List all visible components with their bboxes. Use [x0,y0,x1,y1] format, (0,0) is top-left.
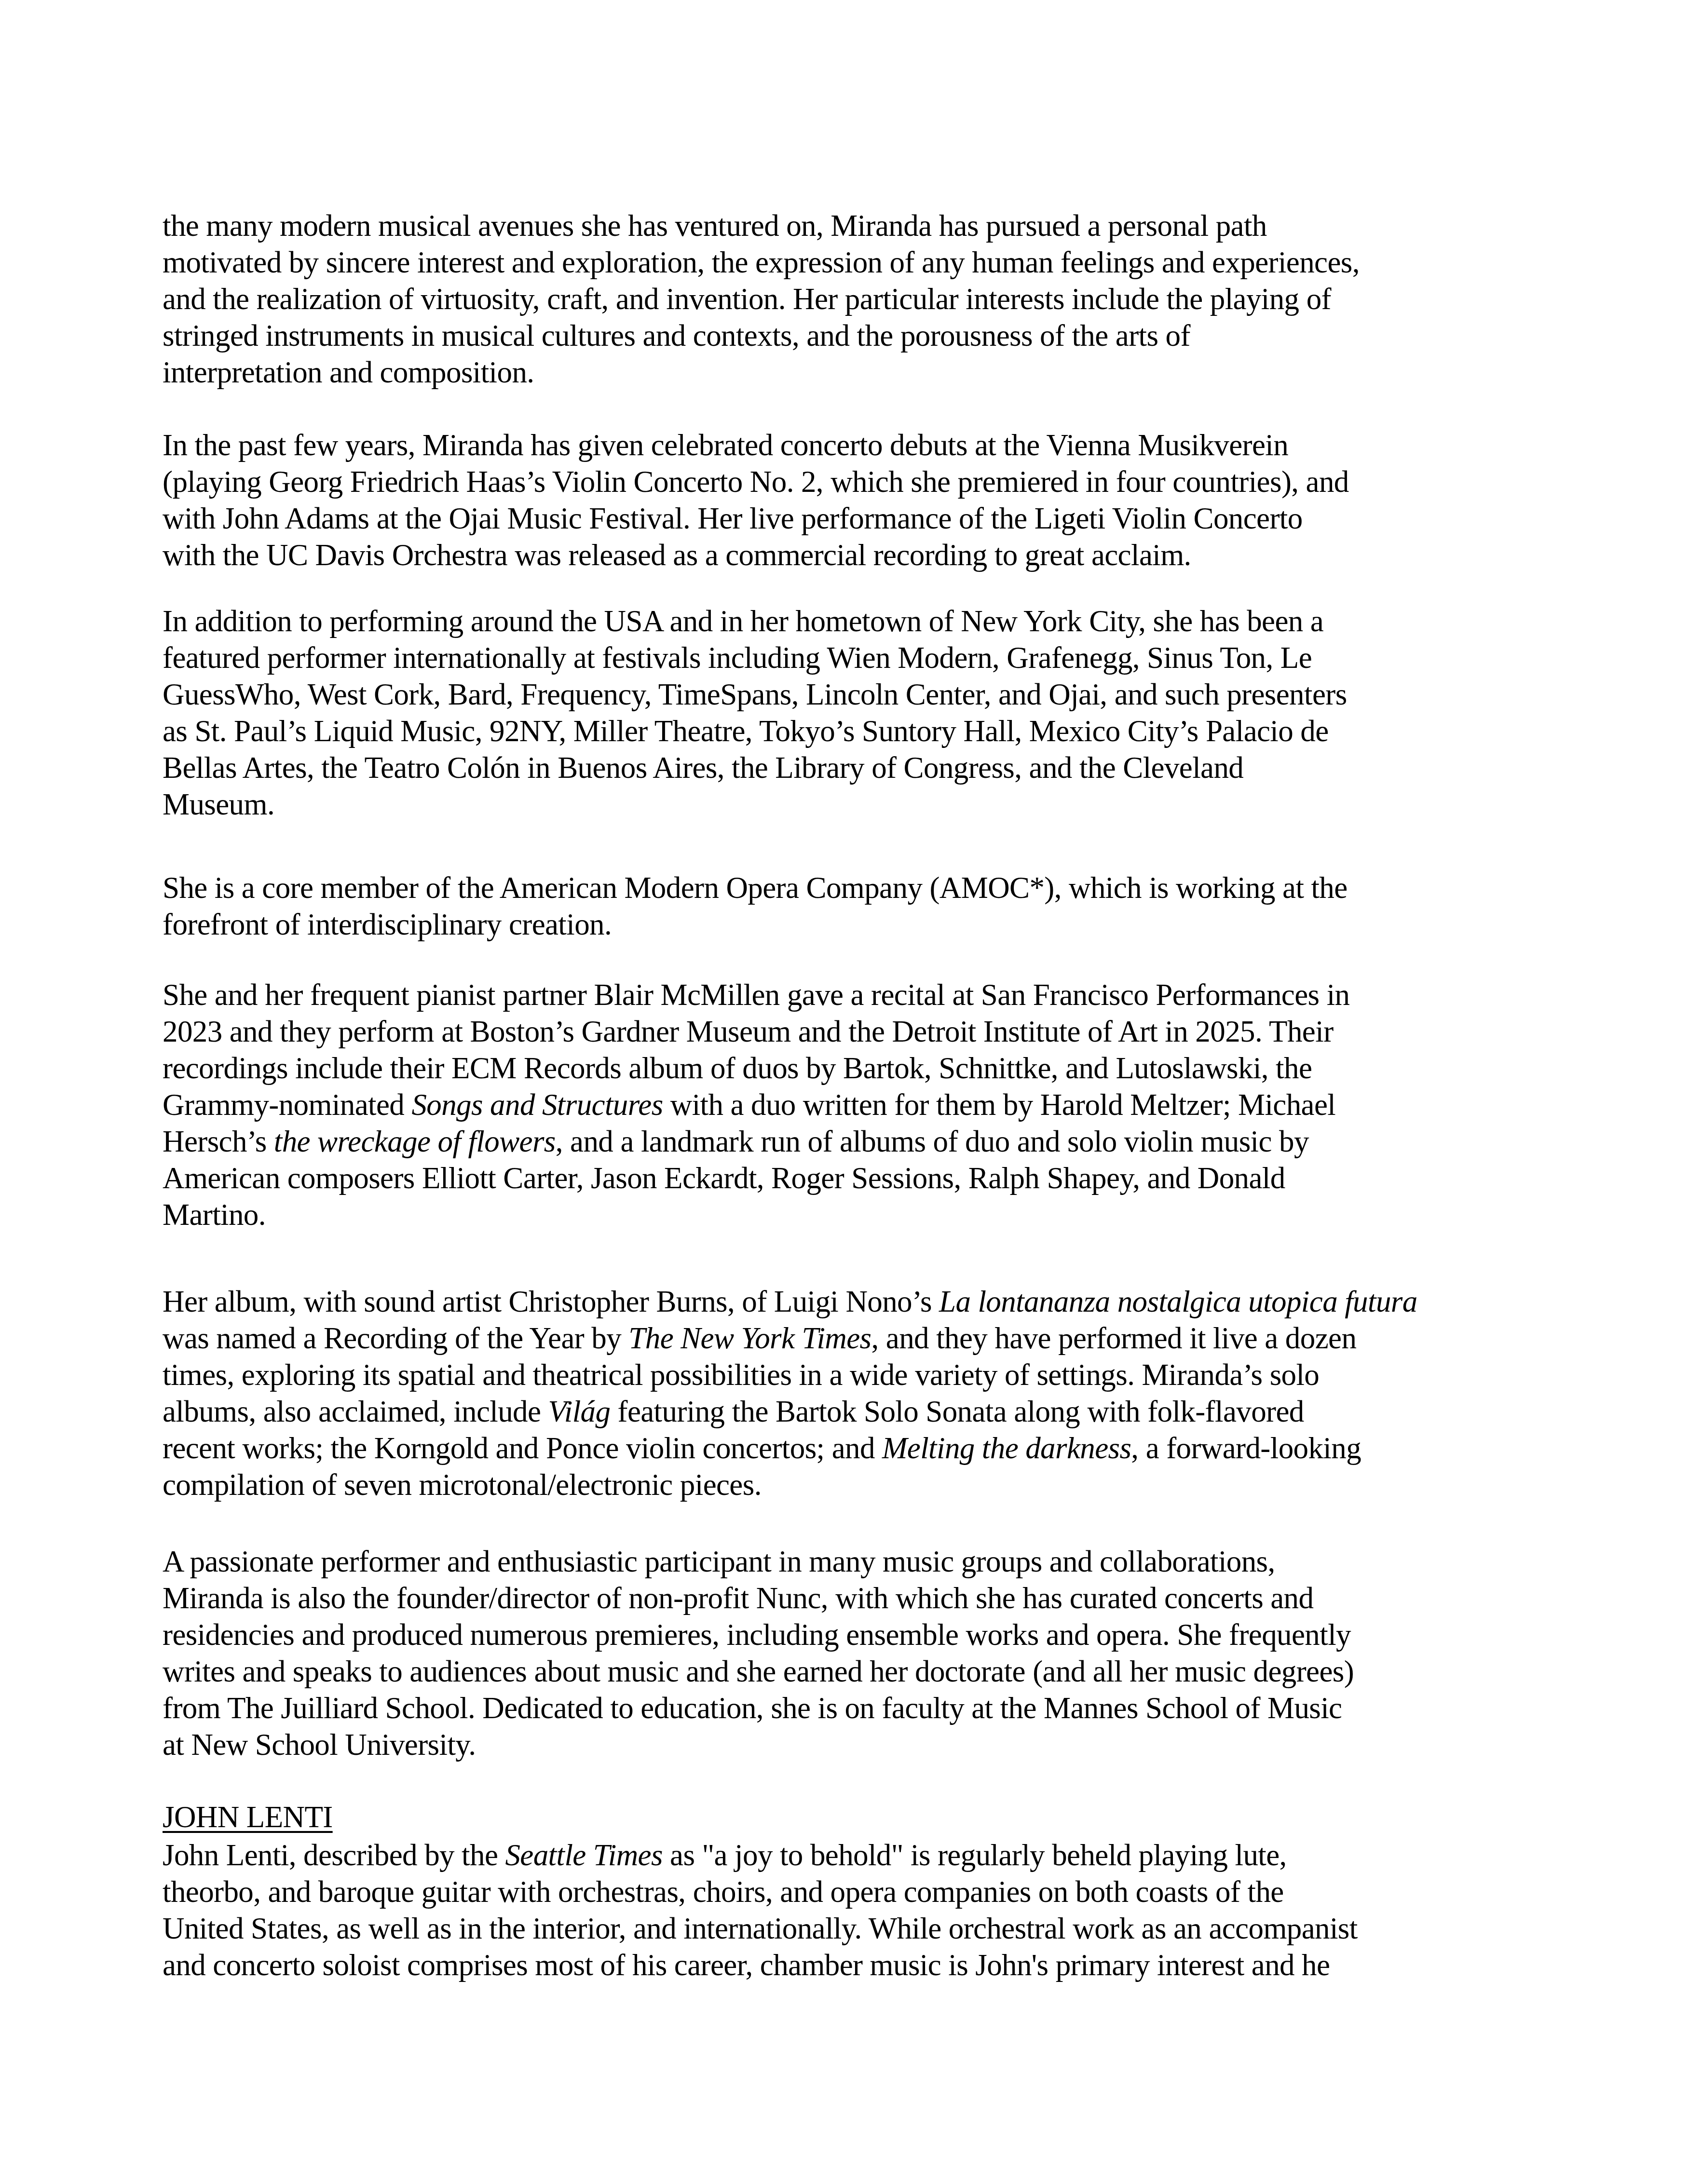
text-run: She and her frequent pianist partner Bla… [163,978,1349,1012]
text-line: with John Adams at the Ojai Music Festiv… [163,500,1465,537]
text-run: motivated by sincere interest and explor… [163,245,1360,279]
text-run: , a forward-looking [1131,1431,1361,1465]
text-run: 2023 and they perform at Boston’s Gardne… [163,1015,1334,1048]
text-line: Bellas Artes, the Teatro Colón in Buenos… [163,749,1465,786]
text-line: recent works; the Korngold and Ponce vio… [163,1430,1465,1466]
section-heading-container: JOHN LENTI [163,1799,1465,1835]
text-run: as St. Paul’s Liquid Music, 92NY, Miller… [163,714,1329,748]
text-line: with the UC Davis Orchestra was released… [163,537,1465,573]
bio-paragraph-amoc: She is a core member of the American Mod… [163,869,1465,943]
text-run: , and a landmark run of albums of duo an… [556,1125,1309,1158]
text-run: with a duo written for them by Harold Me… [663,1088,1336,1122]
bio-paragraph-duo-recordings: She and her frequent pianist partner Bla… [163,977,1465,1233]
text-run: albums, also acclaimed, include [163,1395,548,1428]
text-line: the many modern musical avenues she has … [163,207,1465,244]
text-line: She and her frequent pianist partner Bla… [163,977,1465,1013]
text-run: and the realization of virtuosity, craft… [163,282,1331,316]
text-line: albums, also acclaimed, include Világ fe… [163,1393,1465,1430]
text-line: Her album, with sound artist Christopher… [163,1283,1465,1320]
text-line: recordings include their ECM Records alb… [163,1050,1465,1086]
text-run: compilation of seven microtonal/electron… [163,1468,762,1502]
document-page: the many modern musical avenues she has … [0,0,1688,2184]
text-line: A passionate performer and enthusiastic … [163,1543,1465,1580]
text-line: In addition to performing around the USA… [163,603,1465,639]
text-line: residencies and produced numerous premie… [163,1616,1465,1653]
text-line: Martino. [163,1196,1465,1233]
text-run: Miranda is also the founder/director of … [163,1581,1313,1615]
text-line: times, exploring its spatial and theatri… [163,1357,1465,1393]
text-run: A passionate performer and enthusiastic … [163,1545,1275,1578]
text-run: Museum. [163,787,274,821]
italic-title: Világ [548,1395,611,1428]
text-line: motivated by sincere interest and explor… [163,244,1465,281]
text-line: American composers Elliott Carter, Jason… [163,1160,1465,1196]
text-run: residencies and produced numerous premie… [163,1618,1351,1652]
text-line: (playing Georg Friedrich Haas’s Violin C… [163,463,1465,500]
text-line: and concerto soloist comprises most of h… [163,1947,1465,1983]
text-run: Her album, with sound artist Christopher… [163,1285,939,1318]
italic-title: La lontananza nostalgica utopica futura [939,1285,1417,1318]
text-run: United States, as well as in the interio… [163,1912,1358,1945]
text-run: John Lenti, described by the [163,1838,505,1872]
text-line: Grammy-nominated Songs and Structures wi… [163,1086,1465,1123]
text-run: She is a core member of the American Mod… [163,871,1348,905]
text-run: with the UC Davis Orchestra was released… [163,538,1191,572]
text-run: , and they have performed it live a doze… [871,1321,1357,1355]
italic-title: Songs and Structures [411,1088,663,1122]
text-line: Hersch’s the wreckage of flowers, and a … [163,1123,1465,1160]
text-line: writes and speaks to audiences about mus… [163,1653,1465,1690]
text-run: and concerto soloist comprises most of h… [163,1948,1330,1982]
text-line: and the realization of virtuosity, craft… [163,281,1465,317]
text-line: from The Juilliard School. Dedicated to … [163,1690,1465,1726]
text-line: 2023 and they perform at Boston’s Gardne… [163,1013,1465,1050]
text-run: Bellas Artes, the Teatro Colón in Buenos… [163,751,1243,785]
text-line: United States, as well as in the interio… [163,1910,1465,1947]
text-run: Hersch’s [163,1125,274,1158]
text-line: GuessWho, West Cork, Bard, Frequency, Ti… [163,676,1465,713]
text-run: stringed instruments in musical cultures… [163,319,1190,353]
text-line: She is a core member of the American Mod… [163,869,1465,906]
text-line: Miranda is also the founder/director of … [163,1580,1465,1616]
text-line: as St. Paul’s Liquid Music, 92NY, Miller… [163,713,1465,749]
text-run: recordings include their ECM Records alb… [163,1051,1312,1085]
italic-title: Melting the darkness [882,1431,1131,1465]
text-run: forefront of interdisciplinary creation. [163,908,612,941]
text-run: (playing Georg Friedrich Haas’s Violin C… [163,465,1349,499]
text-line: was named a Recording of the Year by The… [163,1320,1465,1357]
text-run: In addition to performing around the USA… [163,604,1323,638]
text-run: featured performer internationally at fe… [163,641,1312,675]
section-heading-john-lenti: JOHN LENTI [163,1799,333,1835]
text-run: was named a Recording of the Year by [163,1321,628,1355]
bio-paragraph-nunc-education: A passionate performer and enthusiastic … [163,1543,1465,1763]
text-line: compilation of seven microtonal/electron… [163,1466,1465,1503]
bio-paragraph-artistic-path: the many modern musical avenues she has … [163,207,1465,391]
text-line: Museum. [163,786,1465,823]
text-line: at New School University. [163,1726,1465,1763]
text-run: interpretation and composition. [163,355,534,389]
text-line: interpretation and composition. [163,354,1465,391]
bio-paragraph-albums: Her album, with sound artist Christopher… [163,1283,1465,1503]
text-line: John Lenti, described by the Seattle Tim… [163,1837,1465,1873]
italic-title: The New York Times [628,1321,871,1355]
text-run: Martino. [163,1198,266,1232]
text-run: the many modern musical avenues she has … [163,209,1267,243]
text-run: times, exploring its spatial and theatri… [163,1358,1319,1392]
text-run: GuessWho, West Cork, Bard, Frequency, Ti… [163,678,1347,711]
text-line: featured performer internationally at fe… [163,639,1465,676]
text-run: writes and speaks to audiences about mus… [163,1655,1354,1688]
text-run: theorbo, and baroque guitar with orchest… [163,1875,1284,1909]
text-run: featuring the Bartok Solo Sonata along w… [610,1395,1304,1428]
bio-paragraph-festivals-presenters: In addition to performing around the USA… [163,603,1465,823]
text-run: Grammy-nominated [163,1088,411,1122]
italic-title: the wreckage of flowers [274,1125,556,1158]
text-run: with John Adams at the Ojai Music Festiv… [163,502,1303,535]
text-run: from The Juilliard School. Dedicated to … [163,1691,1342,1725]
italic-title: Seattle Times [505,1838,662,1872]
text-line: stringed instruments in musical cultures… [163,317,1465,354]
text-line: forefront of interdisciplinary creation. [163,906,1465,943]
text-run: recent works; the Korngold and Ponce vio… [163,1431,882,1465]
text-run: as "a joy to behold" is regularly beheld… [663,1838,1287,1872]
text-line: In the past few years, Miranda has given… [163,427,1465,463]
bio-paragraph-john-lenti: John Lenti, described by the Seattle Tim… [163,1837,1465,1983]
bio-paragraph-concerto-debuts: In the past few years, Miranda has given… [163,427,1465,573]
text-line: theorbo, and baroque guitar with orchest… [163,1873,1465,1910]
text-run: American composers Elliott Carter, Jason… [163,1161,1285,1195]
text-run: at New School University. [163,1728,476,1762]
text-run: In the past few years, Miranda has given… [163,428,1288,462]
